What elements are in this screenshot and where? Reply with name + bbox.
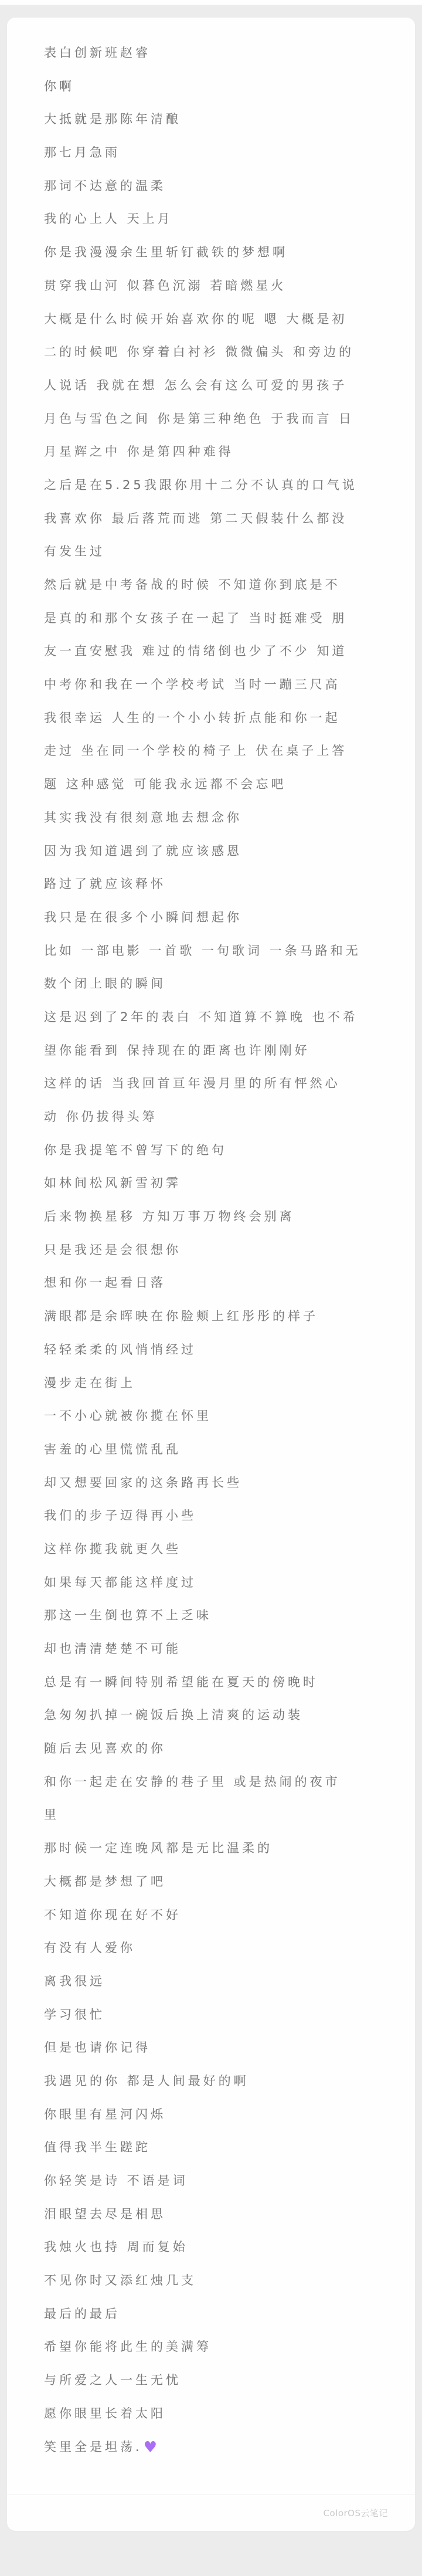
note-line: 你是我提笔不曾写下的绝句 [44, 1134, 403, 1167]
note-line: 却也清清楚楚不可能 [44, 1632, 403, 1666]
note-line: 但是也请你记得 [44, 2031, 403, 2065]
note-line: 你轻笑是诗 不语是词 [44, 2164, 403, 2198]
note-line: 里 [44, 1798, 403, 1832]
note-lines: 表白创新班赵睿你啊大抵就是那陈年清酿那七月急雨那词不达意的温柔我的心上人 天上月… [7, 18, 415, 2463]
note-line: 学习很忙 [44, 1998, 403, 2032]
note-line: 只是我还是会很想你 [44, 1233, 403, 1267]
note-line: 我的心上人 天上月 [44, 202, 403, 236]
note-line: 轻轻柔柔的风悄悄经过 [44, 1333, 403, 1367]
note-line: 是真的和那个女孩子在一起了 当时挺难受 朋 [44, 602, 403, 635]
note-line: 我喜欢你 最后落荒而逃 第二天假装什么都没 [44, 502, 403, 535]
note-line: 那词不达意的温柔 [44, 170, 403, 203]
note-line: 大概是什么时候开始喜欢你的呢 嗯 大概是初 [44, 303, 403, 336]
note-line: 走过 坐在同一个学校的椅子上 伏在桌子上答 [44, 734, 403, 768]
note-line: 笑里全是坦荡.♥ [44, 2431, 403, 2464]
note-line: 泪眼望去尽是相思 [44, 2198, 403, 2231]
note-line: 想和你一起看日落 [44, 1266, 403, 1300]
note-card: 表白创新班赵睿你啊大抵就是那陈年清酿那七月急雨那词不达意的温柔我的心上人 天上月… [7, 18, 415, 2531]
note-line: 漫步走在街上 [44, 1367, 403, 1400]
note-line: 这样你揽我就更久些 [44, 1533, 403, 1566]
note-line: 希望你能将此生的美满筹 [44, 2330, 403, 2364]
note-line: 不知道你现在好不好 [44, 1899, 403, 1932]
note-line: 比如 一部电影 一首歌 一句歌词 一条马路和无 [44, 934, 403, 968]
note-line: 然后就是中考备战的时候 不知道你到底是不 [44, 568, 403, 602]
note-line: 这样的话 当我回首亘年漫月里的所有怦然心 [44, 1067, 403, 1100]
note-line: 之后是在5.25我跟你用十二分不认真的口气说 [44, 469, 403, 502]
note-line: 总是有一瞬间特别希望能在夏天的傍晚时 [44, 1666, 403, 1699]
note-line: 这是迟到了2年的表白 不知道算不算晚 也不希 [44, 1001, 403, 1034]
note-line: 人说话 我就在想 怎么会有这么可爱的男孩子 [44, 369, 403, 402]
note-line: 大抵就是那陈年清酿 [44, 103, 403, 136]
note-line: 中考你和我在一个学校考试 当时一蹦三尺高 [44, 668, 403, 701]
note-line: 最后的最后 [44, 2297, 403, 2331]
note-line: 因为我知道遇到了就应该感恩 [44, 835, 403, 868]
top-strip [0, 0, 422, 5]
card-footer: ColorOS云笔记 [7, 2494, 415, 2531]
note-line: 满眼都是余晖映在你脸颊上红彤彤的样子 [44, 1300, 403, 1333]
note-line: 表白创新班赵睿 [44, 36, 403, 70]
note-line: 二的时候吧 你穿着白衬衫 微微偏头 和旁边的 [44, 335, 403, 369]
coloros-watermark: ColorOS云笔记 [324, 2507, 389, 2519]
note-line: 题 这种感觉 可能我永远都不会忘吧 [44, 768, 403, 801]
note-line: 我很幸运 人生的一个小小转折点能和你一起 [44, 701, 403, 735]
note-line: 急匆匆扒掉一碗饭后换上清爽的运动装 [44, 1699, 403, 1732]
note-line: 大概都是梦想了吧 [44, 1865, 403, 1899]
note-line: 那时候一定连晚风都是无比温柔的 [44, 1832, 403, 1865]
note-line: 你眼里有星河闪烁 [44, 2098, 403, 2131]
note-line: 随后去见喜欢的你 [44, 1732, 403, 1765]
note-line: 望你能看到 保持现在的距离也许刚刚好 [44, 1034, 403, 1067]
note-line: 有发生过 [44, 535, 403, 568]
purple-heart-icon: ♥ [144, 2439, 157, 2456]
note-line: 我烛火也持 周而复始 [44, 2231, 403, 2264]
note-line: 友一直安慰我 难过的情绪倒也少了不少 知道 [44, 635, 403, 668]
note-line: 那七月急雨 [44, 136, 403, 170]
note-line: 值得我半生蹉跎 [44, 2131, 403, 2164]
note-line: 你啊 [44, 70, 403, 103]
top-gap [0, 5, 422, 18]
note-line: 和你一起走在安静的巷子里 或是热闹的夜市 [44, 1765, 403, 1799]
note-line: 后来物换星移 方知万事万物终会别离 [44, 1200, 403, 1233]
note-line: 害羞的心里慌慌乱乱 [44, 1433, 403, 1466]
note-line: 如林间松风新雪初霁 [44, 1167, 403, 1200]
note-line: 我们的步子迈得再小些 [44, 1499, 403, 1533]
note-line: 如果每天都能这样度过 [44, 1566, 403, 1599]
note-line: 我只是在很多个小瞬间想起你 [44, 901, 403, 934]
note-line: 月色与雪色之间 你是第三种绝色 于我而言 日 [44, 402, 403, 436]
note-line: 与所爱之人一生无忧 [44, 2364, 403, 2397]
note-line: 不见你时又添红烛几支 [44, 2264, 403, 2297]
note-line: 一不小心就被你揽在怀里 [44, 1399, 403, 1433]
note-line: 月星辉之中 你是第四种难得 [44, 435, 403, 469]
note-line: 数个闭上眼的瞬间 [44, 967, 403, 1001]
note-line: 动 你仍拔得头筹 [44, 1100, 403, 1134]
note-line: 愿你眼里长着太阳 [44, 2397, 403, 2431]
note-line: 路过了就应该释怀 [44, 867, 403, 901]
note-line: 离我很远 [44, 1965, 403, 1998]
note-line: 我遇见的你 都是人间最好的啊 [44, 2065, 403, 2098]
note-line: 却又想要回家的这条路再长些 [44, 1466, 403, 1500]
note-line: 你是我漫漫余生里斩钉截铁的梦想啊 [44, 236, 403, 269]
note-line: 贯穿我山河 似暮色沉溺 若暗燃星火 [44, 269, 403, 303]
note-line: 有没有人爱你 [44, 1931, 403, 1965]
note-line: 其实我没有很刻意地去想念你 [44, 801, 403, 835]
note-line: 那这一生倒也算不上乏味 [44, 1599, 403, 1632]
